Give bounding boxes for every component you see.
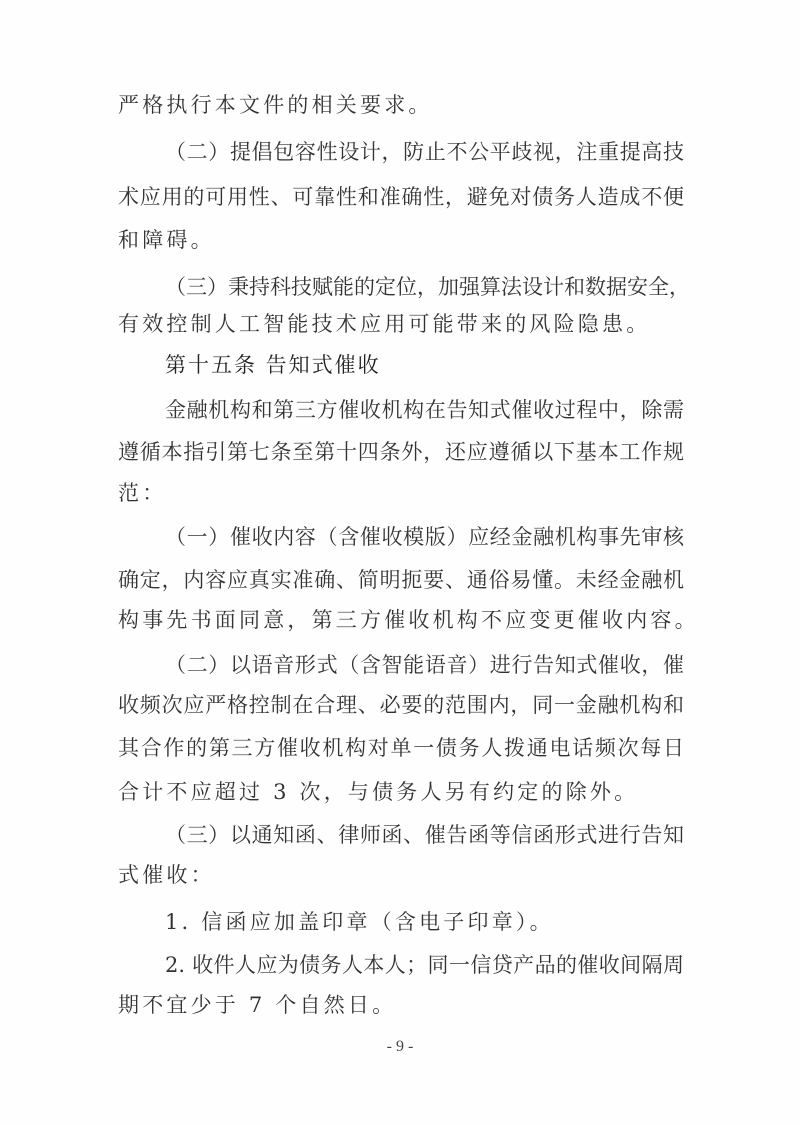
text-line: 有效控制人工智能技术应用可能带来的风险隐患。 (118, 310, 684, 338)
text-line: 合计不应超过 3 次，与债务人另有约定的除外。 (118, 778, 684, 806)
text-line: 确定，内容应真实准确、简明扼要、通俗易懂。未经金融机 (118, 566, 684, 594)
text-line: 1. 信函应加盖印章（含电子印章）。 (165, 908, 684, 936)
text-line: （二）以语音形式（含智能语音）进行告知式催收，催 (165, 651, 684, 679)
text-line: 期不宜少于 7 个自然日。 (118, 991, 684, 1019)
text-line: （一）催收内容（含催收模版）应经金融机构事先审核 (165, 523, 684, 551)
document-page: 严格执行本文件的相关要求。（二）提倡包容性设计，防止不公平歧视，注重提高技术应用… (0, 0, 800, 1125)
text-line: 遵循本指引第七条至第十四条外，还应遵循以下基本工作规 (118, 438, 684, 466)
text-line: 其合作的第三方催收机构对单一债务人拨通电话频次每日 (118, 734, 684, 762)
text-line: （三）秉持科技赋能的定位，加强算法设计和数据安全， (165, 273, 684, 301)
text-line: 式催收： (118, 861, 684, 889)
text-line: （二）提倡包容性设计，防止不公平歧视，注重提高技 (165, 138, 684, 166)
text-line: 和障碍。 (118, 226, 684, 254)
text-line: 收频次应严格控制在合理、必要的范围内，同一金融机构和 (118, 691, 684, 719)
text-line: 范： (118, 479, 684, 507)
text-line: 2. 收件人应为债务人本人；同一信贷产品的催收间隔周 (165, 951, 684, 979)
section-heading: 第十五条 告知式催收 (165, 351, 684, 379)
text-line: 金融机构和第三方催收机构在告知式催收过程中，除需 (165, 396, 684, 424)
text-line: 严格执行本文件的相关要求。 (118, 91, 684, 119)
text-line: 术应用的可用性、可靠性和准确性，避免对债务人造成不便 (118, 183, 684, 211)
text-line: （三）以通知函、律师函、催告函等信函形式进行告知 (165, 821, 684, 849)
text-line: 构事先书面同意，第三方催收机构不应变更催收内容。 (118, 606, 684, 634)
page-number: - 9 - (0, 1038, 800, 1056)
